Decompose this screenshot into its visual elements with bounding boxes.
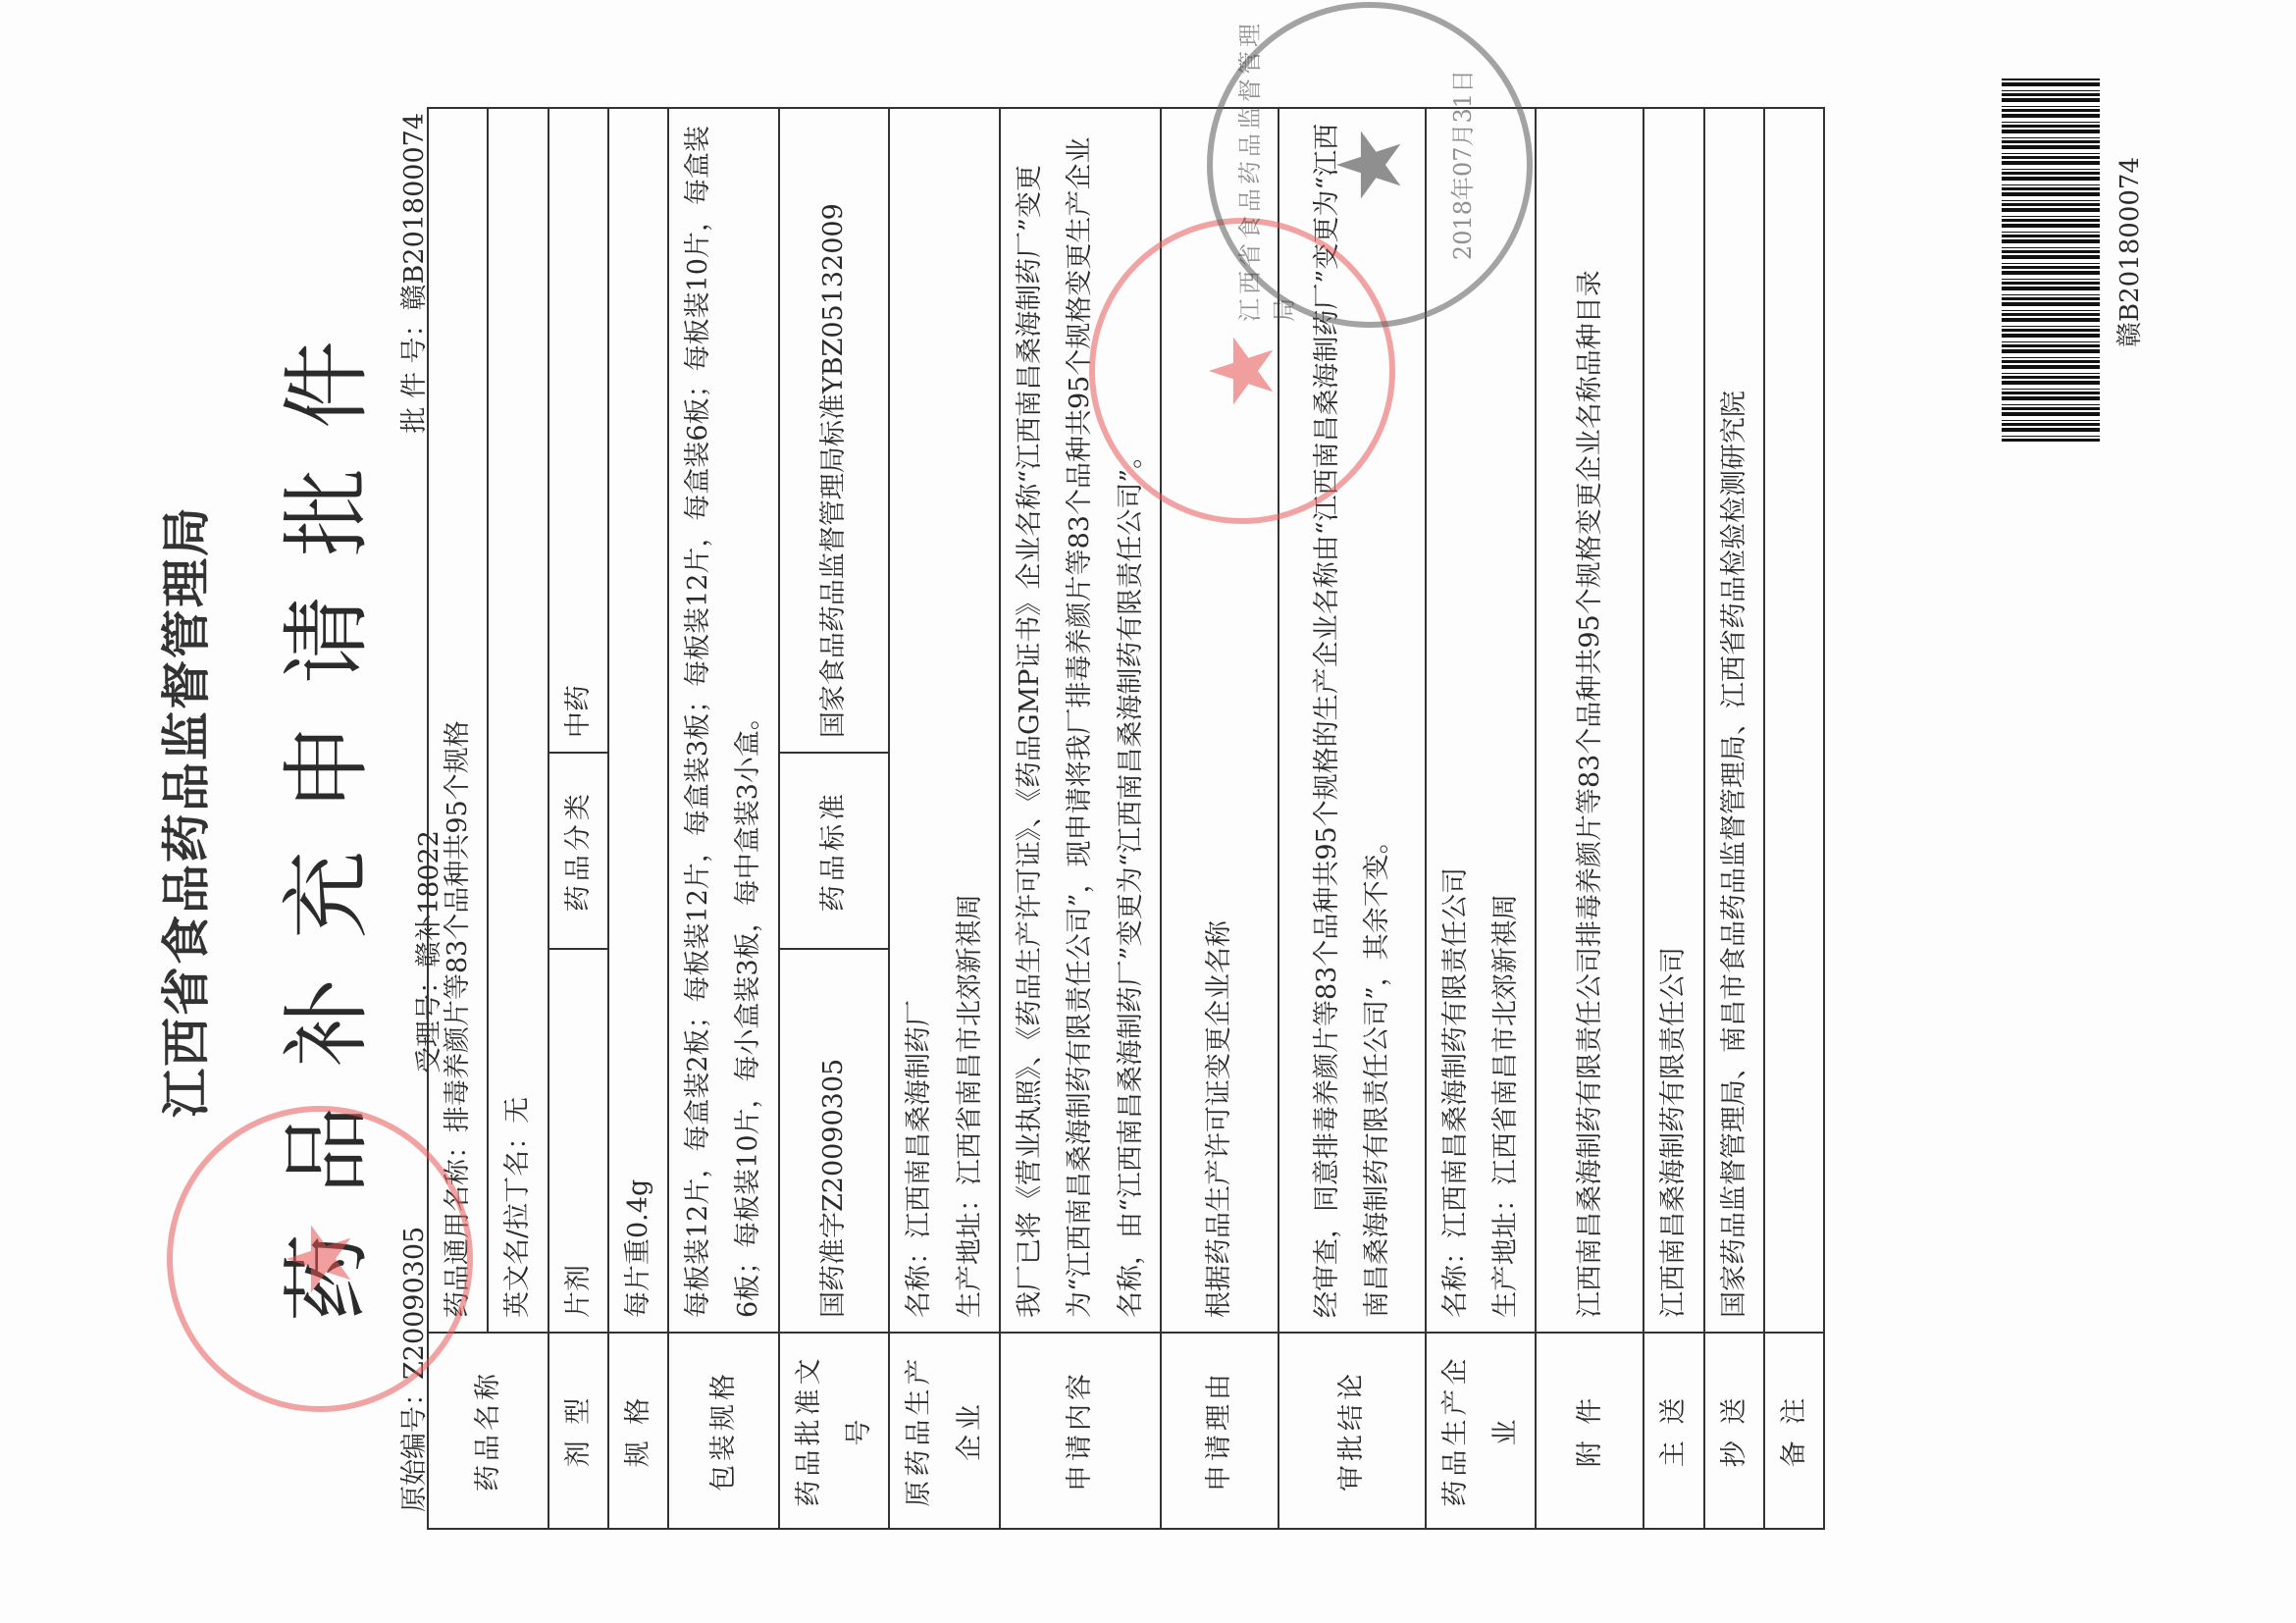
table-row: 英文名/拉丁名：无: [488, 108, 548, 1529]
application-content: 我厂已将《营业执照》、《药品生产许可证》、《药品GMP证书》企业名称“江西南昌桑…: [1000, 108, 1161, 1333]
table-row: 申请理由 根据药品生产许可证变更企业名称: [1161, 108, 1278, 1529]
table-row: 剂 型 片剂 药品分类 中药: [548, 108, 608, 1529]
table-row: 附 件 江西南昌桑海制药有限责任公司排毒养颜片等83个品种共95个规格变更企业名…: [1536, 108, 1644, 1529]
category: 中药: [548, 108, 608, 753]
table-row: 药品名称 药品通用名称：排毒养颜片等83个品种共95个规格: [428, 108, 488, 1529]
orig-manufacturer-address: 生产地址：江西省南昌市北郊新祺周: [945, 123, 995, 1318]
attachment: 江西南昌桑海制药有限责任公司排毒养颜片等83个品种共95个规格变更企业名称品种目…: [1536, 108, 1644, 1333]
table-row: 药品生产企业 名称：江西南昌桑海制药有限责任公司 生产地址：江西省南昌市北郊新祺…: [1426, 108, 1537, 1529]
approval-table: 药品名称 药品通用名称：排毒养颜片等83个品种共95个规格 英文名/拉丁名：无 …: [427, 107, 1825, 1530]
generic-name: 排毒养颜片等83个品种共95个规格: [443, 720, 473, 1132]
barcode-number: 赣B201800074: [2110, 157, 2146, 347]
table-row: 抄 送 国家药品监督管理局、南昌市食品药品监督管理局、江西省药品检验检测研究院: [1704, 108, 1764, 1529]
original-number: 原始编号：Z20090305: [392, 1227, 431, 1512]
table-row: 备 注: [1764, 108, 1824, 1529]
table-row: 审批结论 经审查，同意排毒养颜片等83个品种共95个规格的生产企业名称由“江西南…: [1278, 108, 1426, 1529]
cc-list: 国家药品监督管理局、南昌市食品药品监督管理局、江西省药品检验检测研究院: [1704, 108, 1764, 1333]
table-row: 规 格 每片重0.4g: [608, 108, 668, 1529]
manufacturer-address: 生产地址：江西省南昌市北郊新祺周: [1481, 123, 1531, 1318]
table-row: 原药品生产企业 名称：江西南昌桑海制药厂 生产地址：江西省南昌市北郊新祺周: [889, 108, 1000, 1529]
table-row: 申请内容 我厂已将《营业执照》、《药品生产许可证》、《药品GMP证书》企业名称“…: [1000, 108, 1161, 1529]
drug-standard: 国家食品药品监督管理局标准YBZ05132009: [779, 108, 890, 753]
recipient: 江西南昌桑海制药有限责任公司: [1644, 108, 1703, 1333]
packaging: 每板装12片，每盒装2板；每板装12片，每盒装3板；每板装12片，每盒装6板；每…: [668, 108, 779, 1333]
table-row: 药品批准文号 国药准字Z20090305 药品标准 国家食品药品监督管理局标准Y…: [779, 108, 890, 1529]
english-name: 无: [502, 1097, 533, 1124]
document-title: 药品补充申请批件: [255, 0, 383, 1623]
application-reason: 根据药品生产许可证变更企业名称: [1161, 108, 1278, 1333]
agency-name: 江西省食品药品监督管理局: [147, 0, 218, 1623]
approval-number: 国药准字Z20090305: [779, 949, 890, 1333]
table-row: 主 送 江西南昌桑海制药有限责任公司: [1644, 108, 1703, 1529]
document-page: 江西省食品药品监督管理局 药品补充申请批件 原始编号：Z20090305 受理号…: [0, 0, 2296, 1623]
manufacturer-name: 名称：江西南昌桑海制药有限责任公司: [1431, 123, 1481, 1318]
remarks: [1764, 108, 1824, 1333]
orig-manufacturer-name: 名称：江西南昌桑海制药厂: [894, 123, 944, 1318]
dosage-form: 片剂: [548, 949, 608, 1333]
barcode: [2002, 79, 2100, 442]
approval-conclusion: 经审查，同意排毒养颜片等83个品种共95个规格的生产企业名称由“江西南昌桑海制药…: [1278, 108, 1426, 1333]
table-row: 包装规格 每板装12片，每盒装2板；每板装12片，每盒装3板；每板装12片，每盒…: [668, 108, 779, 1529]
specification: 每片重0.4g: [608, 108, 668, 1333]
batch-number: 批 件 号：赣B201800074: [392, 113, 431, 434]
